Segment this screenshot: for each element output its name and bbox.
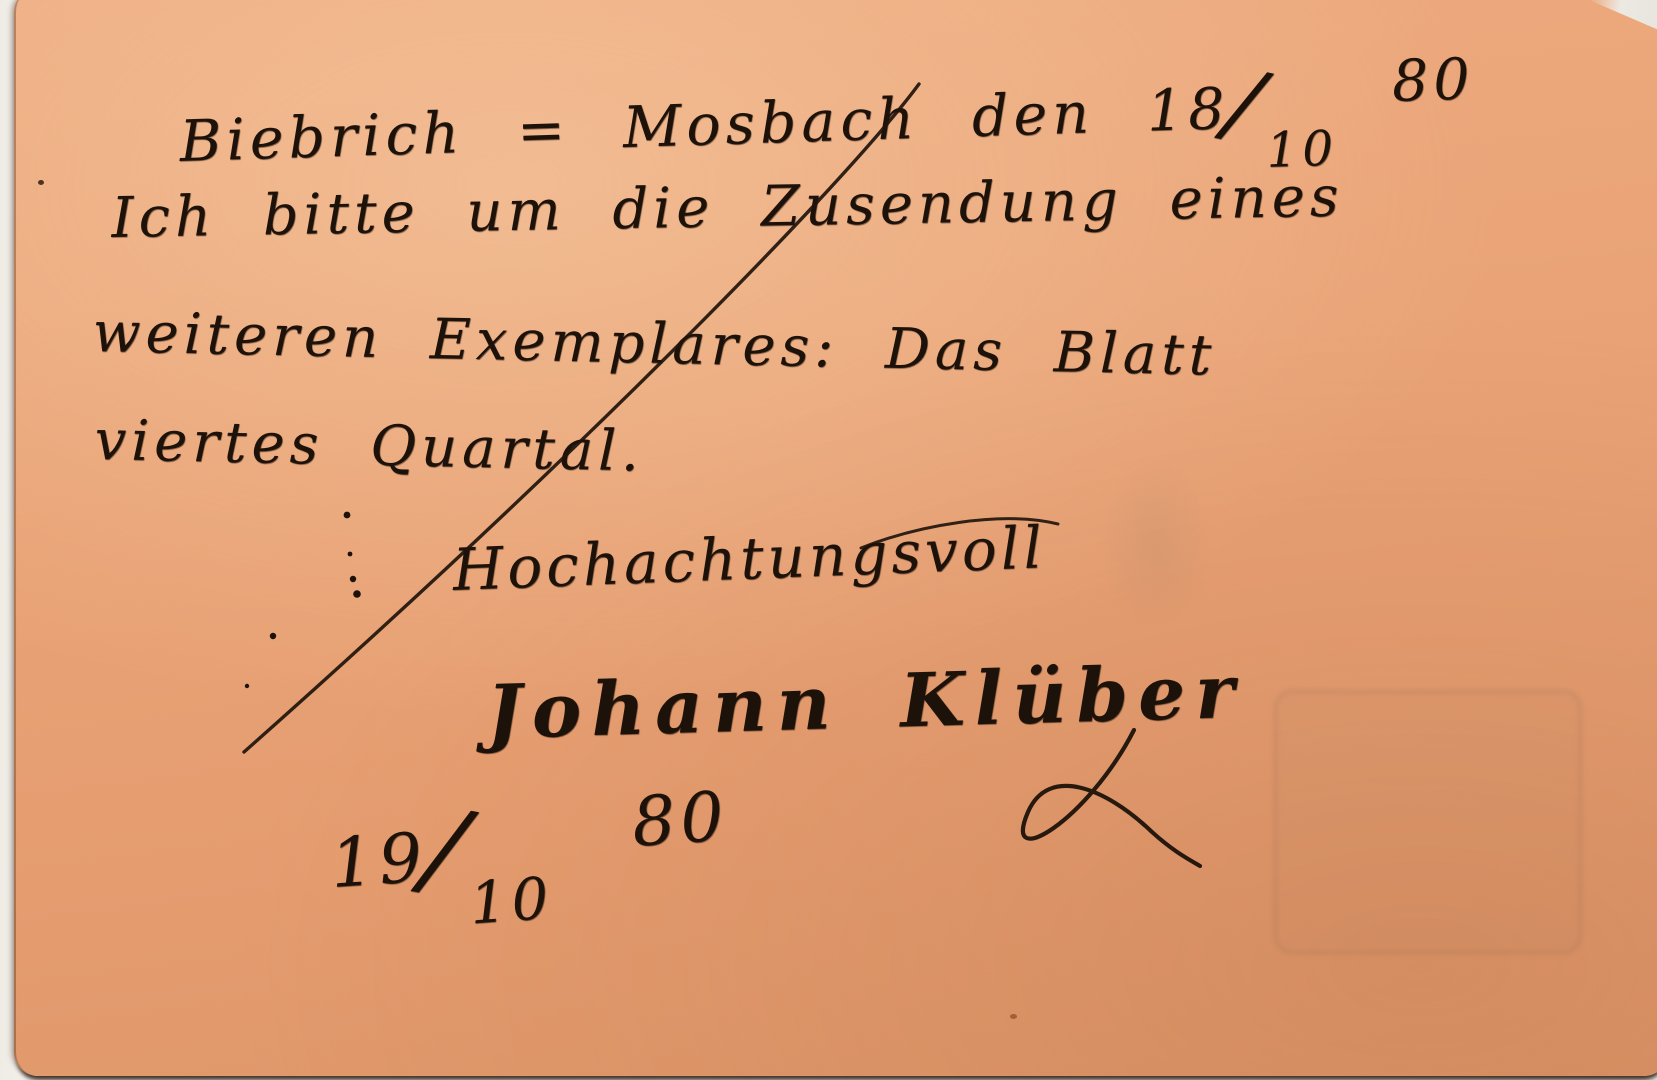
dateline-place: Biebrich = Mosbach den bbox=[179, 80, 1095, 175]
paper-speck bbox=[1010, 1014, 1017, 1019]
stamp-ghost bbox=[1273, 689, 1583, 955]
dateline-year: 80 bbox=[1391, 46, 1476, 115]
dateline-day: 18 bbox=[1146, 76, 1231, 145]
handwritten-closing: Hochachtungsvoll bbox=[451, 513, 1047, 604]
bottom-date-year: 80 bbox=[629, 777, 731, 863]
paper-speck bbox=[38, 180, 44, 185]
handwritten-dateline: Biebrich = Mosbach den 18/1080 bbox=[178, 35, 1477, 183]
scan-background: Biebrich = Mosbach den 18/1080 Ich bitte… bbox=[0, 0, 1657, 1080]
handwritten-signature: Johann Klüber bbox=[486, 649, 1246, 756]
handwritten-bottom-date: 19/1080 bbox=[325, 758, 733, 913]
bottom-date-day: 19 bbox=[328, 818, 430, 904]
handwritten-body-line-3: viertes Quartal. bbox=[94, 408, 645, 484]
card-corner-wedge bbox=[1538, 0, 1657, 34]
postcard: Biebrich = Mosbach den 18/1080 Ich bitte… bbox=[14, 0, 1657, 1076]
paper-stain bbox=[1076, 418, 1236, 678]
bottom-date-month: 10 bbox=[467, 864, 555, 938]
handwritten-body-line-2: weiteren Exemplares: Das Blatt bbox=[92, 300, 1217, 389]
